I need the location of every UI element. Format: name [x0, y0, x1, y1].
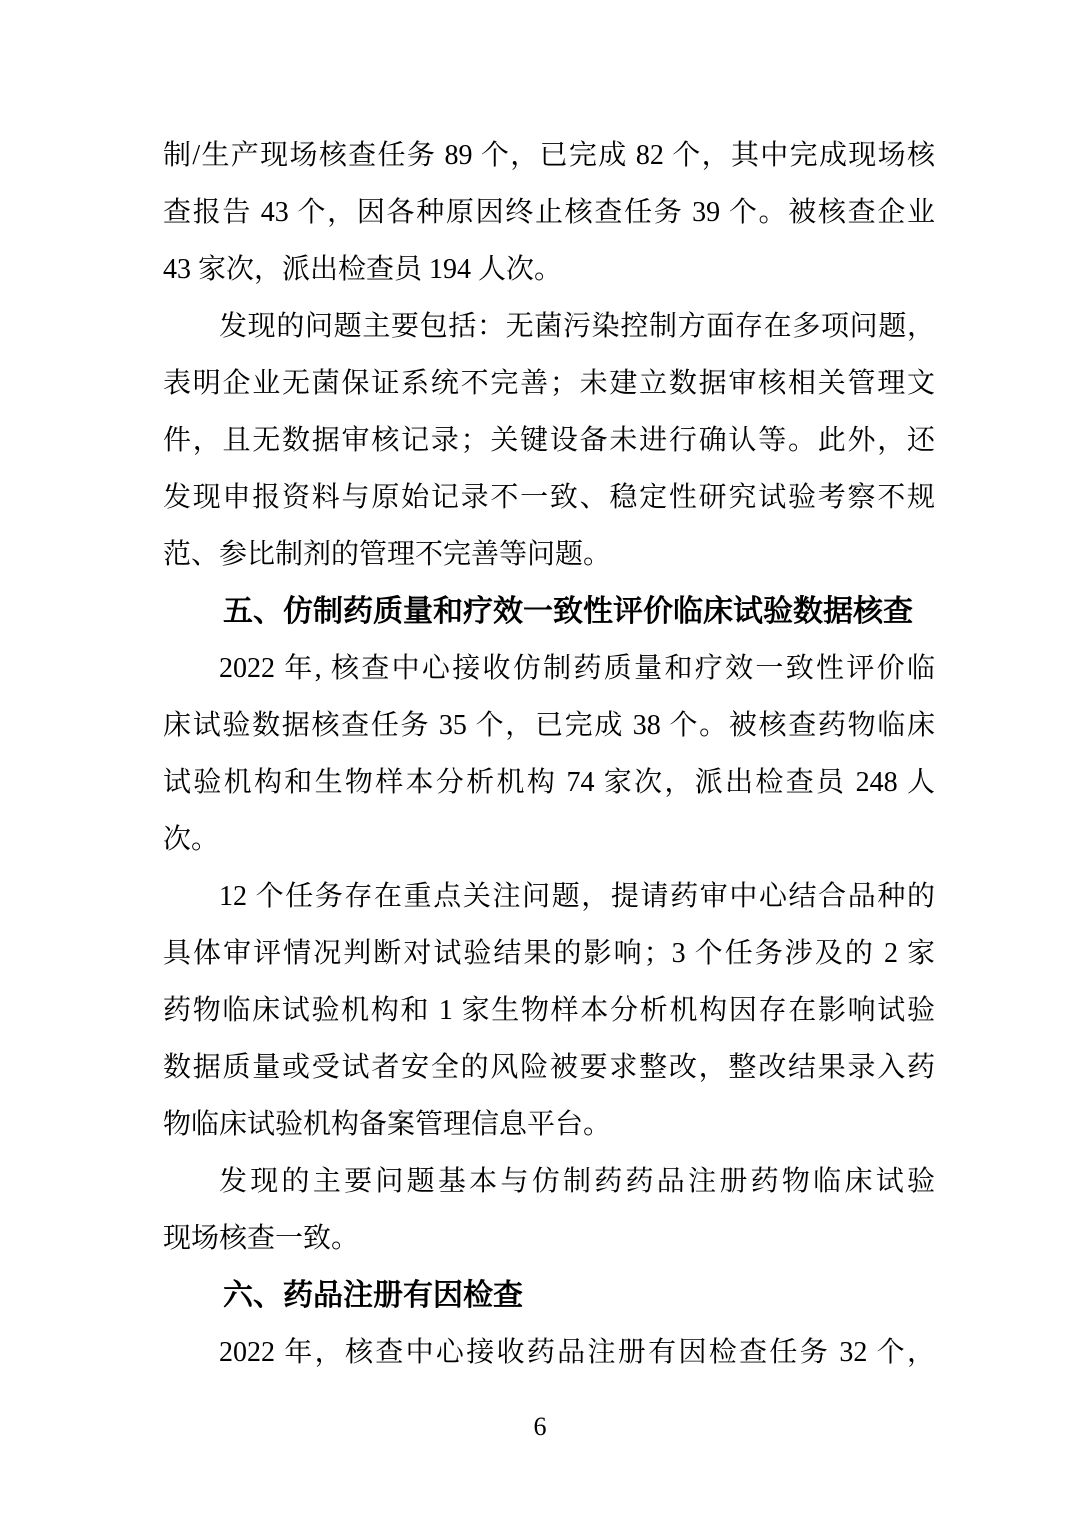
paragraph: 2022 年，核查中心接收药品注册有因检查任务 32 个，	[163, 1324, 935, 1381]
section-heading-6: 六、药品注册有因检查	[163, 1267, 935, 1324]
text-line: 件，且无数据审核记录；关键设备未进行确认等。此外，还	[163, 412, 935, 469]
paragraph: 12 个任务存在重点关注问题，提请药审中心结合品种的 具体审评情况判断对试验结果…	[163, 868, 935, 1153]
text-line: 查报告 43 个，因各种原因终止核查任务 39 个。被核查企业	[163, 184, 935, 241]
text-line: 药物临床试验机构和 1 家生物样本分析机构因存在影响试验	[163, 982, 935, 1039]
paragraph: 发现的主要问题基本与仿制药药品注册药物临床试验 现场核查一致。	[163, 1153, 935, 1267]
paragraph: 制/生产现场核查任务 89 个，已完成 82 个，其中完成现场核 查报告 43 …	[163, 127, 935, 298]
text-line: 43 家次，派出检查员 194 人次。	[163, 241, 935, 298]
text-line: 制/生产现场核查任务 89 个，已完成 82 个，其中完成现场核	[163, 127, 935, 184]
text-line: 发现申报资料与原始记录不一致、稳定性研究试验考察不规	[163, 469, 935, 526]
document-body: 制/生产现场核查任务 89 个，已完成 82 个，其中完成现场核 查报告 43 …	[163, 127, 935, 1381]
text-line: 物临床试验机构备案管理信息平台。	[163, 1096, 935, 1153]
text-line: 数据质量或受试者安全的风险被要求整改，整改结果录入药	[163, 1039, 935, 1096]
text-line: 发现的问题主要包括：无菌污染控制方面存在多项问题，	[163, 298, 935, 355]
section-heading-5: 五、仿制药质量和疗效一致性评价临床试验数据核查	[163, 583, 935, 640]
paragraph: 2022 年, 核查中心接收仿制药质量和疗效一致性评价临 床试验数据核查任务 3…	[163, 640, 935, 868]
text-line: 12 个任务存在重点关注问题，提请药审中心结合品种的	[163, 868, 935, 925]
text-line: 发现的主要问题基本与仿制药药品注册药物临床试验	[163, 1153, 935, 1210]
document-page: 制/生产现场核查任务 89 个，已完成 82 个，其中完成现场核 查报告 43 …	[0, 0, 1080, 1527]
paragraph: 发现的问题主要包括：无菌污染控制方面存在多项问题， 表明企业无菌保证系统不完善；…	[163, 298, 935, 583]
text-line: 次。	[163, 811, 935, 868]
text-line: 床试验数据核查任务 35 个，已完成 38 个。被核查药物临床	[163, 697, 935, 754]
text-line: 表明企业无菌保证系统不完善；未建立数据审核相关管理文	[163, 355, 935, 412]
text-line: 具体审评情况判断对试验结果的影响；3 个任务涉及的 2 家	[163, 925, 935, 982]
page-number: 6	[0, 1409, 1080, 1445]
text-line: 范、参比制剂的管理不完善等问题。	[163, 526, 935, 583]
text-line: 2022 年, 核查中心接收仿制药质量和疗效一致性评价临	[163, 640, 935, 697]
text-line: 现场核查一致。	[163, 1210, 935, 1267]
text-line: 试验机构和生物样本分析机构 74 家次，派出检查员 248 人	[163, 754, 935, 811]
text-line: 2022 年，核查中心接收药品注册有因检查任务 32 个，	[163, 1324, 935, 1381]
